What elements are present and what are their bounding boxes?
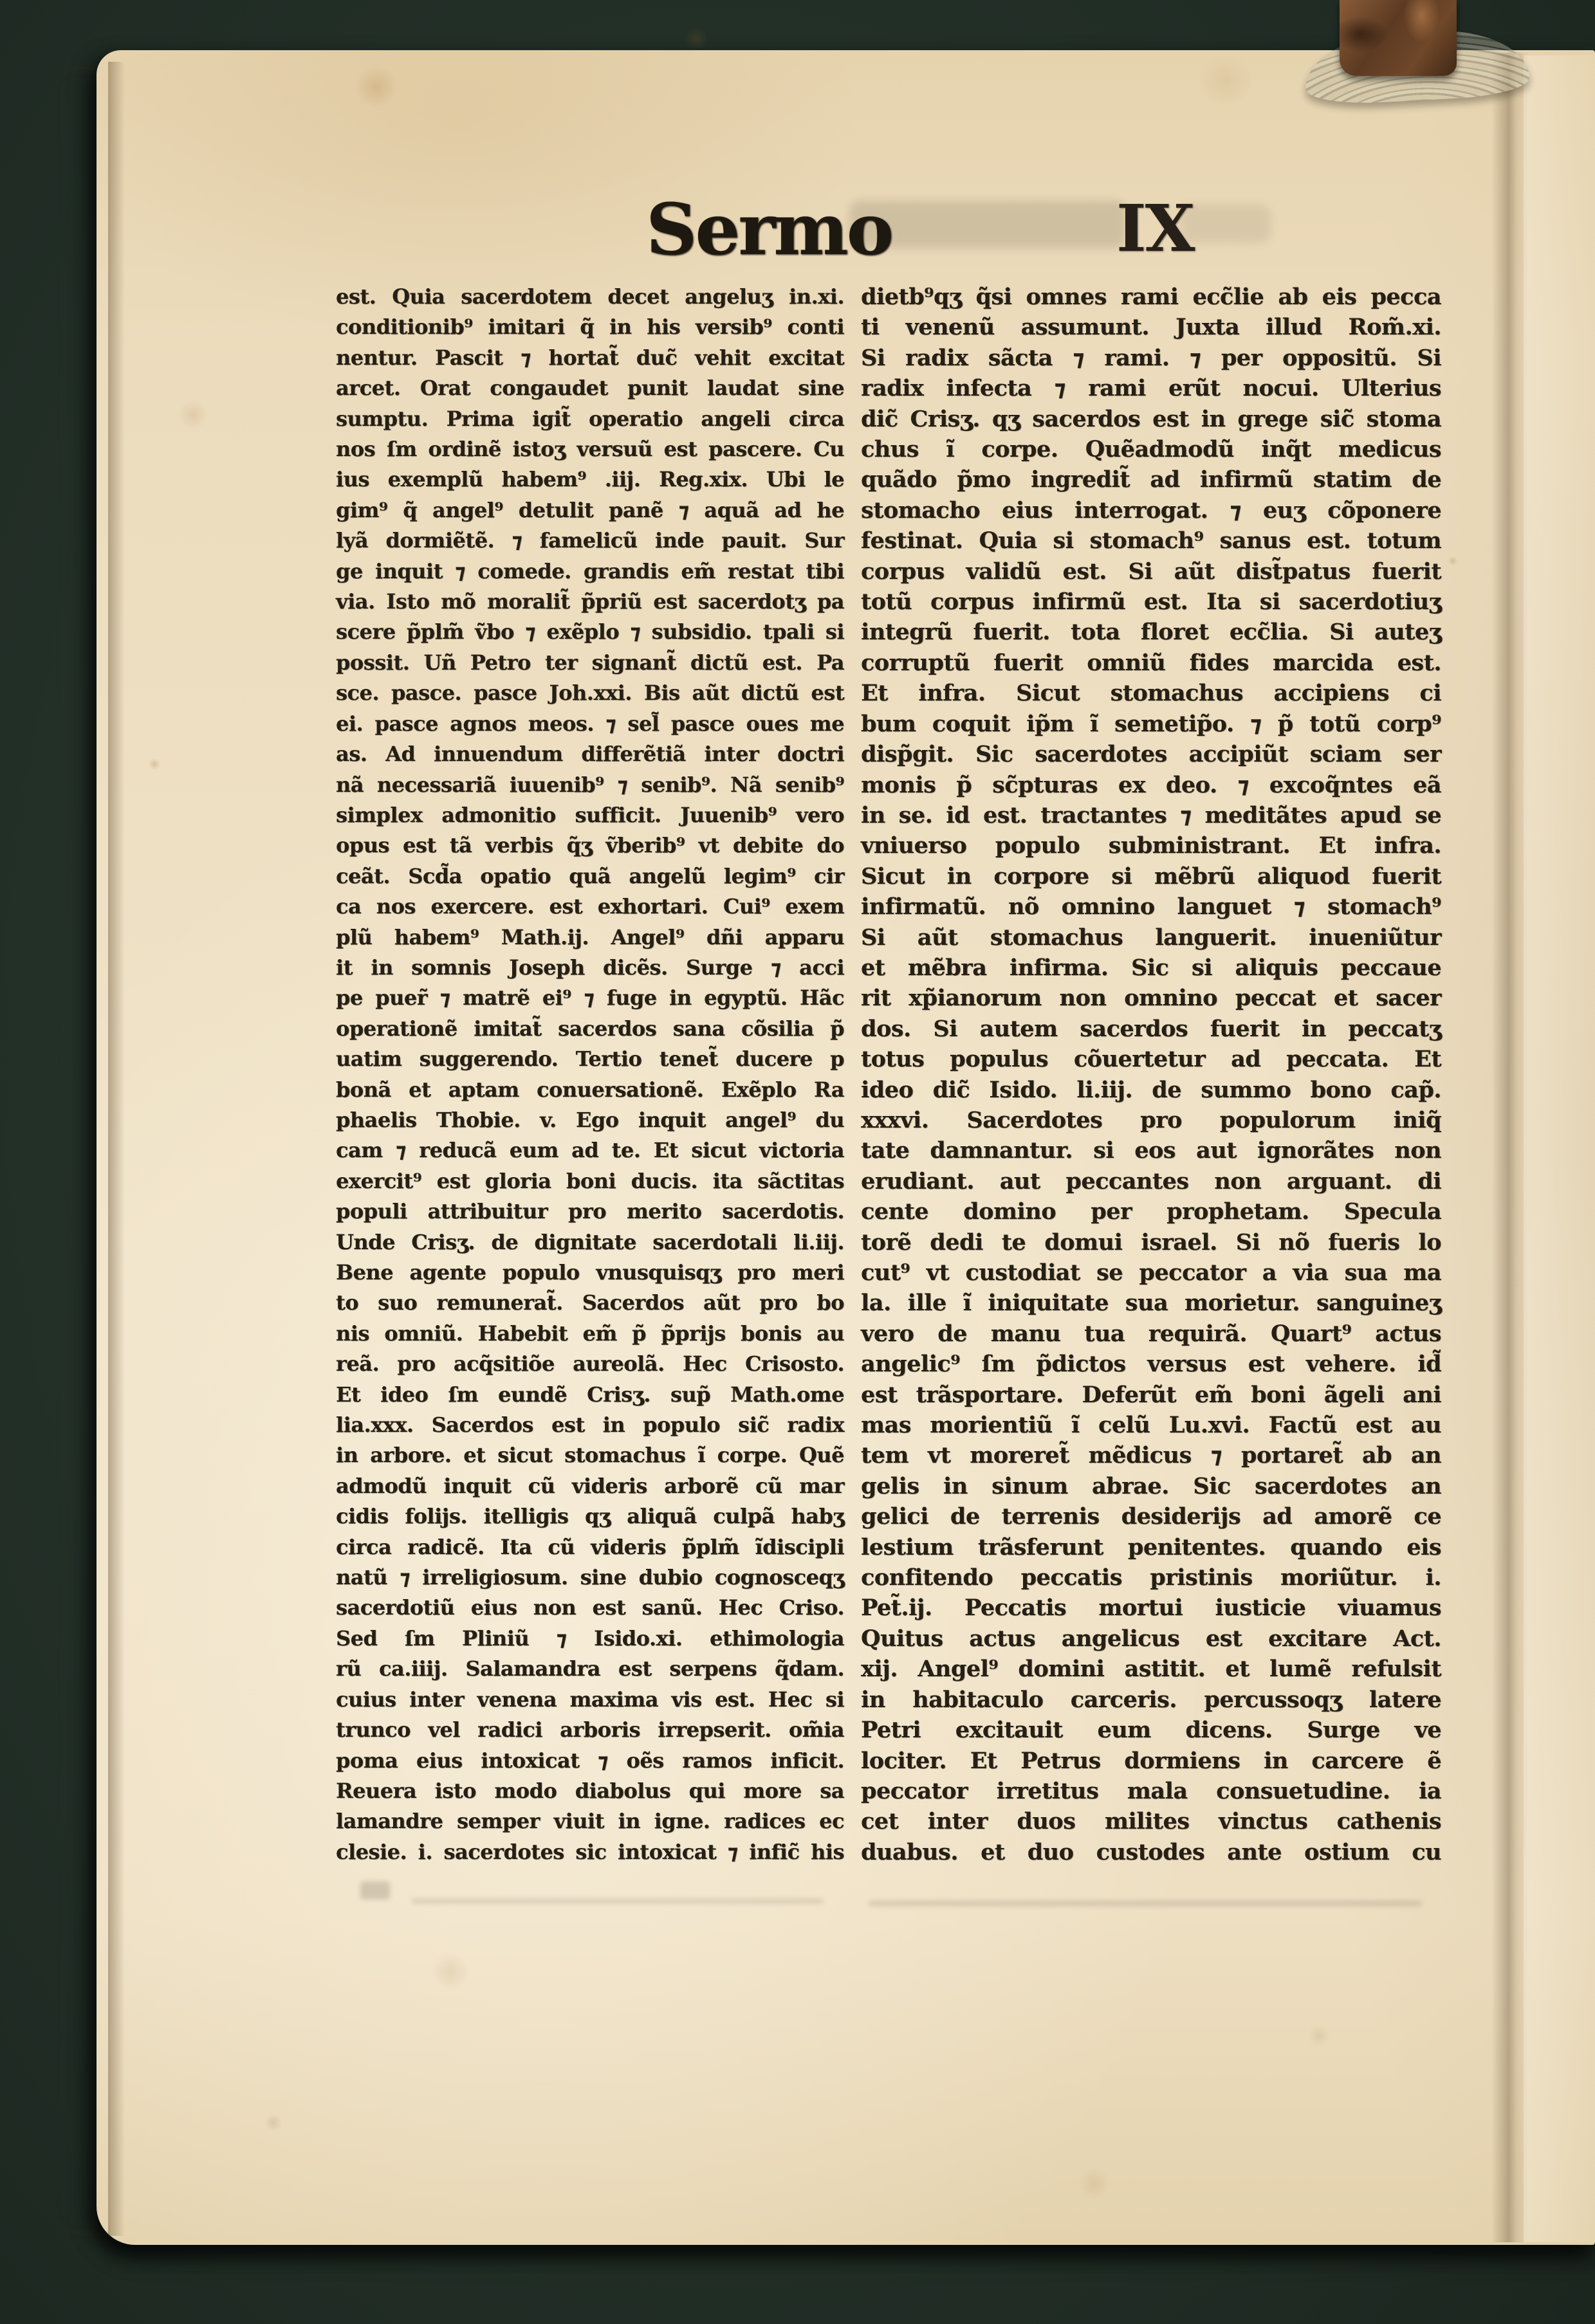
text-line: corruptũ fuerit omniũ fides marcida est.	[861, 648, 1441, 678]
running-head-title: Sermo	[646, 188, 892, 271]
text-line: cente domino per prophetam. Specula	[861, 1196, 1441, 1227]
text-line: stomacho eius interrogat. ⁊ euʒ cõponere	[861, 495, 1441, 526]
text-line: cet inter duos milites vinctus cathenis	[861, 1806, 1441, 1836]
text-line: dietb⁹qʒ q̃si omnes rami ecc̃lie ab eis …	[861, 282, 1441, 312]
text-line: festinat. Quia si stomach⁹ sanus est. to…	[861, 526, 1441, 556]
text-line: cam ⁊ reducã eum ad te. Et sicut victori…	[336, 1135, 844, 1166]
text-line: ti venenũ assumunt. Juxta illud Rom̃.xi.	[861, 312, 1441, 342]
text-line: Si radix sãcta ⁊ rami. ⁊ per oppositũ. S…	[861, 343, 1441, 373]
text-line: nã necessariã iuuenib⁹ ⁊ senib⁹. Nã seni…	[336, 770, 844, 800]
text-line: totus populus cõuertetur ad peccata. Et	[861, 1044, 1441, 1074]
text-line: lociter. Et Petrus dormiens in carcere ẽ	[861, 1746, 1441, 1776]
text-line: operationẽ imitat̃ sacerdos sana cõsilia…	[336, 1014, 844, 1044]
text-line: trunco vel radici arboris irrepserit. om…	[336, 1715, 844, 1745]
text-line: ge inquit ⁊ comede. grandis em̃ restat t…	[336, 556, 844, 587]
text-line: duabus. et duo custodes ante ostium cu	[861, 1837, 1441, 1867]
text-line: opus est tã verbis q̃ʒ ṽberib⁹ vt debite…	[336, 830, 844, 861]
text-line: erudiant. aut peccantes non arguant. di	[861, 1166, 1441, 1196]
text-line: exercit⁹ est gloria boni ducis. ita sãct…	[336, 1166, 844, 1196]
text-line: populi attribuitur pro merito sacerdotis…	[336, 1196, 844, 1227]
text-line: in se. id est. tractantes ⁊ meditãtes ap…	[861, 800, 1441, 830]
text-line: arcet. Orat congaudet punit laudat sine	[336, 373, 844, 403]
page-number: IX	[1116, 190, 1194, 266]
text-line: plũ habem⁹ Math.ij. Angel⁹ dñi apparu	[336, 922, 844, 953]
text-line: Unde Crisʒ. de dignitate sacerdotali li.…	[336, 1227, 844, 1258]
text-line: Bene agente populo vnusquisqʒ pro meri	[336, 1258, 844, 1288]
text-line: pe puer̃ ⁊ matrẽ ei⁹ ⁊ fuge in egyptũ. H…	[336, 983, 844, 1013]
text-line: reã. pro acq̃sitiõe aureolã. Hec Crisost…	[336, 1349, 844, 1379]
text-line: cut⁹ vt custodiat se peccator a via sua …	[861, 1258, 1441, 1288]
text-line: Sed ſm Pliniũ ⁊ Isido.xi. ethimologia	[336, 1624, 844, 1654]
text-line: bum coquit ip̃m ĩ semetip̃o. ⁊ p̃ totũ c…	[861, 709, 1441, 739]
text-line: Reuera isto modo diabolus qui more sa	[336, 1776, 844, 1806]
text-line: gim⁹ q̃ angel⁹ detulit panẽ ⁊ aquã ad he	[336, 495, 844, 526]
text-line: corpus validũ est. Si aũt dist̃patus fue…	[861, 556, 1441, 587]
text-line: disp̃git. Sic sacerdotes accipiũt sciam …	[861, 739, 1441, 769]
text-line: gelis in sinum abrae. Sic sacerdotes an	[861, 1471, 1441, 1501]
text-line: rũ ca.iiij. Salamandra est serpens q̃dam…	[336, 1654, 844, 1684]
text-line: lestium trãsferunt penitentes. quando ei…	[861, 1532, 1441, 1562]
text-line: ideo dic̃ Isido. li.iij. de summo bono c…	[861, 1075, 1441, 1105]
text-line: sacerdotiũ eius non est sanũ. Hec Criso.	[336, 1593, 844, 1623]
text-line: uatim suggerendo. Tertio tenet̃ ducere p	[336, 1044, 844, 1074]
text-line: est trãsportare. Deferũt em̃ boni ãgeli …	[861, 1380, 1441, 1410]
text-line: possit. Uñ Petro ter signant̃ dictũ est.…	[336, 648, 844, 678]
text-line: ca nos exercere. est exhortari. Cui⁹ exe…	[336, 892, 844, 922]
text-line: rit xp̃ianorum non omnino peccat et sace…	[861, 983, 1441, 1013]
text-line: xxxvi. Sacerdotes pro populorum iniq̃	[861, 1105, 1441, 1135]
text-line: Et infra. Sicut stomachus accipiens ci	[861, 678, 1441, 708]
text-line: Si aũt stomachus languerit. inueniũtur	[861, 922, 1441, 953]
text-line: nis omniũ. Habebit em̃ p̃ p̃prijs bonis …	[336, 1319, 844, 1349]
text-line: mas morientiũ ĩ celũ Lu.xvi. Factũ est a…	[861, 1410, 1441, 1440]
text-line: xij. Angel⁹ domini astitit. et lumẽ refu…	[861, 1654, 1441, 1684]
binding-leather	[1340, 0, 1457, 76]
text-line: gelici de terrenis desiderijs ad amorẽ c…	[861, 1501, 1441, 1532]
text-line: conditionib⁹ imitari q̃ in his versib⁹ c…	[336, 312, 844, 342]
text-line: to suo remunerat̃. Sacerdos aũt pro bo	[336, 1288, 844, 1318]
text-line: ei. pasce agnos meos. ⁊ sel̃ pasce oues …	[336, 709, 844, 739]
text-line: simplex admonitio sufficit. Juuenib⁹ ver…	[336, 800, 844, 830]
text-line: as. Ad innuendum differẽtiã inter doctri	[336, 739, 844, 769]
text-line: nentur. Pascit ⁊ hortat̃ duc̃ vehit exci…	[336, 343, 844, 373]
text-line: in habitaculo carceris. percussoqʒ later…	[861, 1685, 1441, 1715]
text-line: it in somnis Joseph dicẽs. Surge ⁊ acci	[336, 953, 844, 983]
text-line: angelic⁹ ſm p̃dictos versus est vehere. …	[861, 1349, 1441, 1379]
text-line: Pet̃.ij. Peccatis mortui iusticie viuamu…	[861, 1593, 1441, 1623]
text-line: radix infecta ⁊ rami erũt nocui. Ulteriu…	[861, 373, 1441, 403]
text-column-right: dietb⁹qʒ q̃si omnes rami ecc̃lie ab eis …	[861, 282, 1441, 1867]
text-line: lia.xxx. Sacerdos est in populo sic̃ rad…	[336, 1410, 844, 1440]
text-line: et mẽbra infirma. Sic si aliquis peccaue	[861, 953, 1441, 983]
text-line: tate damnantur. si eos aut ignorãtes non	[861, 1135, 1441, 1166]
text-line: la. ille ĩ iniquitate sua morietur. sang…	[861, 1288, 1441, 1318]
text-line: infirmatũ. nõ omnino languet ⁊ stomach⁹	[861, 892, 1441, 922]
text-line: Sicut in corpore si mẽbrũ aliquod fuerit	[861, 861, 1441, 892]
text-line: bonã et aptam conuersationẽ. Exẽplo Ra	[336, 1075, 844, 1105]
text-line: cidis folijs. itelligis qʒ aliquã culpã …	[336, 1501, 844, 1532]
text-line: ius exemplũ habem⁹ .iij. Reg.xix. Ubi le	[336, 464, 844, 495]
text-line: dic̃ Crisʒ. qʒ sacerdos est in grege sic…	[861, 404, 1441, 434]
text-line: circa radicẽ. Ita cũ videris p̃plm̃ ĩdis…	[336, 1532, 844, 1562]
text-line: est. Quia sacerdotem decet angeluʒ in.xi…	[336, 282, 844, 312]
text-line: lamandre semper viuit in igne. radices e…	[336, 1806, 844, 1836]
text-line: monis p̃ sc̃pturas ex deo. ⁊ excoq̃ntes …	[861, 770, 1441, 800]
photograph-of-incunabulum-page: { "header": { "title": "Sermo", "page_nu…	[0, 0, 1595, 2324]
text-line: cuius inter venena maxima vis est. Hec s…	[336, 1685, 844, 1715]
show-through-smudge	[412, 1899, 824, 1903]
text-line: nos ſm ordinẽ istoʒ versuũ est pascere. …	[336, 434, 844, 464]
text-line: sumptu. Prima igit̃ operatio angeli circ…	[336, 404, 844, 434]
text-line: sce. pasce. pasce Joh.xxi. Bis aũt dictũ…	[336, 678, 844, 708]
text-line: confitendo peccatis pristinis moriũtur. …	[861, 1562, 1441, 1593]
show-through-smudge	[869, 1901, 1422, 1906]
text-line: tem vt moreret̃ mẽdicus ⁊ portaret̃ ab a…	[861, 1440, 1441, 1470]
text-line: Et ideo ſm eundẽ Crisʒ. sup̃ Math.ome	[336, 1380, 844, 1410]
text-line: quãdo p̃mo ingredit̃ ad infirmũ statim d…	[861, 464, 1441, 495]
text-line: admodũ inquit cũ videris arborẽ cũ mar	[336, 1471, 844, 1501]
text-line: dos. Si autem sacerdos fuerit in peccatʒ	[861, 1014, 1441, 1044]
text-line: Petri excitauit eum dicens. Surge ve	[861, 1715, 1441, 1745]
text-line: Quitus actus angelicus est excitare Act.	[861, 1624, 1441, 1654]
text-line: poma eius intoxicat ⁊ oẽs ramos inficit.	[336, 1746, 844, 1776]
page-edge-seam	[108, 62, 125, 2236]
text-line: torẽ dedi te domui israel. Si nõ fueris …	[861, 1227, 1441, 1258]
show-through-smudge	[360, 1881, 390, 1899]
text-line: totũ corpus infirmũ est. Ita si sacerdot…	[861, 587, 1441, 617]
text-line: clesie. i. sacerdotes sic intoxicat ⁊ in…	[336, 1837, 844, 1867]
text-line: chus ĩ corpe. Quẽadmodũ inq̃t medicus	[861, 434, 1441, 464]
text-line: vniuerso populo subministrant. Et infra.	[861, 830, 1441, 861]
text-column-left: est. Quia sacerdotem decet angeluʒ in.xi…	[336, 282, 844, 1867]
text-line: ceãt. Scd̃a opatio quã angelũ legim⁹ cir	[336, 861, 844, 892]
text-line: scere p̃plm̃ ṽbo ⁊ exẽplo ⁊ subsidio. tp…	[336, 617, 844, 647]
text-line: in arbore. et sicut stomachus ĩ corpe. Q…	[336, 1440, 844, 1470]
text-line: peccator irretitus mala consuetudine. ia	[861, 1776, 1441, 1806]
text-line: lyã dormiẽtẽ. ⁊ famelicũ inde pauit. Sur	[336, 526, 844, 556]
text-line: phaelis Thobie. v. Ego inquit angel⁹ du	[336, 1105, 844, 1135]
text-line: integrũ fuerit. tota floret ecc̃lia. Si …	[861, 617, 1441, 647]
show-through-smudge	[1181, 205, 1271, 243]
text-line: vero de manu tua requirã. Quart⁹ actus	[861, 1319, 1441, 1349]
adjacent-page-edge	[1524, 55, 1595, 2242]
text-line: natũ ⁊ irreligiosum. sine dubio cognosce…	[336, 1562, 844, 1593]
text-line: via. Isto mõ moralit̃ p̃priũ est sacerdo…	[336, 587, 844, 617]
